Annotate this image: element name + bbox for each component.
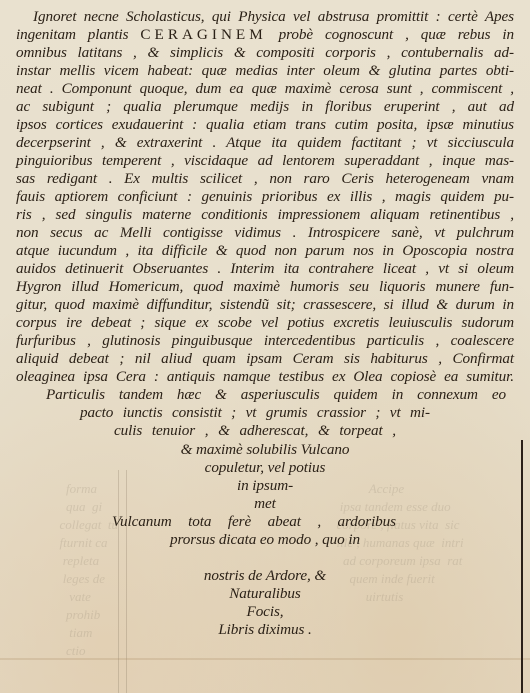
text-line: oleaginea ipsa Cera : antiquis namque te… bbox=[16, 368, 514, 386]
text-line: non secus ac Melli contigisse vidimus . … bbox=[16, 224, 514, 242]
tapered-line: pacto iunctis consistit ; vt grumis cras… bbox=[80, 404, 430, 422]
stain-line bbox=[0, 658, 530, 660]
tapered-line: Naturalibus bbox=[0, 585, 530, 603]
text-line: Hygron illud Homericum, quod maximè humo… bbox=[16, 278, 514, 296]
tapered-line: Focis, bbox=[0, 603, 530, 621]
tapered-line: Particulis tandem hæc & asperiusculis qu… bbox=[46, 386, 506, 404]
tapered-line: culis tenuior , & adherescat, & torpeat … bbox=[114, 422, 396, 440]
tapered-line: & maximè solubilis Vulcano bbox=[0, 441, 530, 459]
paper-page: forma qua gi collegat tu fturnit ca repl… bbox=[0, 0, 530, 693]
text-line: auidos detinuerit Obseruantes . Interim … bbox=[16, 260, 514, 278]
text-line: ingenitam plantis CERAGINEM probè cognos… bbox=[16, 26, 514, 44]
text-line: sas redigant . Ex multis scilicet , non … bbox=[16, 170, 514, 188]
tapered-line: prorsus dicata eo modo , quo in bbox=[0, 531, 530, 549]
tapered-line: met bbox=[0, 495, 530, 513]
tapered-line: copuletur, vel potius bbox=[0, 459, 530, 477]
text-line: ris , sed singulis materne conditionis i… bbox=[16, 206, 514, 224]
ceraginem-caps: CERAGINEM bbox=[140, 26, 266, 43]
tapered-line: Vulcanum tota ferè abeat , ardoribus bbox=[112, 513, 396, 531]
tapered-line: nostris de Ardore, & bbox=[0, 567, 530, 585]
text-line: neat . Componunt quoque, dum ea quæ maxi… bbox=[16, 80, 514, 98]
text-line: aliquid debeat ; nil aliud quam ipsam Ce… bbox=[16, 350, 514, 368]
text-line: gitur, quod maximè diffunditur, sistendũ… bbox=[16, 296, 514, 314]
tapered-line: in ipsum- bbox=[0, 477, 530, 495]
text-line: ac subigunt ; qualia plerumque medijs in… bbox=[16, 98, 514, 116]
text-line: Ignoret necne Scholasticus, qui Physica … bbox=[33, 8, 514, 26]
text-line: ipsos cortices exudauerint : qualia etia… bbox=[16, 116, 514, 134]
text-line: omnibus latitans , & simplicis & composi… bbox=[16, 44, 514, 62]
text-line: furfuribus , glutinosis pinguibusque int… bbox=[16, 332, 514, 350]
text-line: atque iucundum , ita difficile & quod no… bbox=[16, 242, 514, 260]
text-line: corpus ire debeat ; sique ex scobe vel p… bbox=[16, 314, 514, 332]
text-line: pinguioribus temperent , viscidaque ad l… bbox=[16, 152, 514, 170]
text-line: decerpserint , & extraxerint . Atque ita… bbox=[16, 134, 514, 152]
text-line: fauis aptiorem conficiunt : genuinis pri… bbox=[16, 188, 514, 206]
tapered-line: Libris diximus . bbox=[0, 621, 530, 639]
text-line: instar mellis vicem habeat: quæ medias i… bbox=[16, 62, 514, 80]
